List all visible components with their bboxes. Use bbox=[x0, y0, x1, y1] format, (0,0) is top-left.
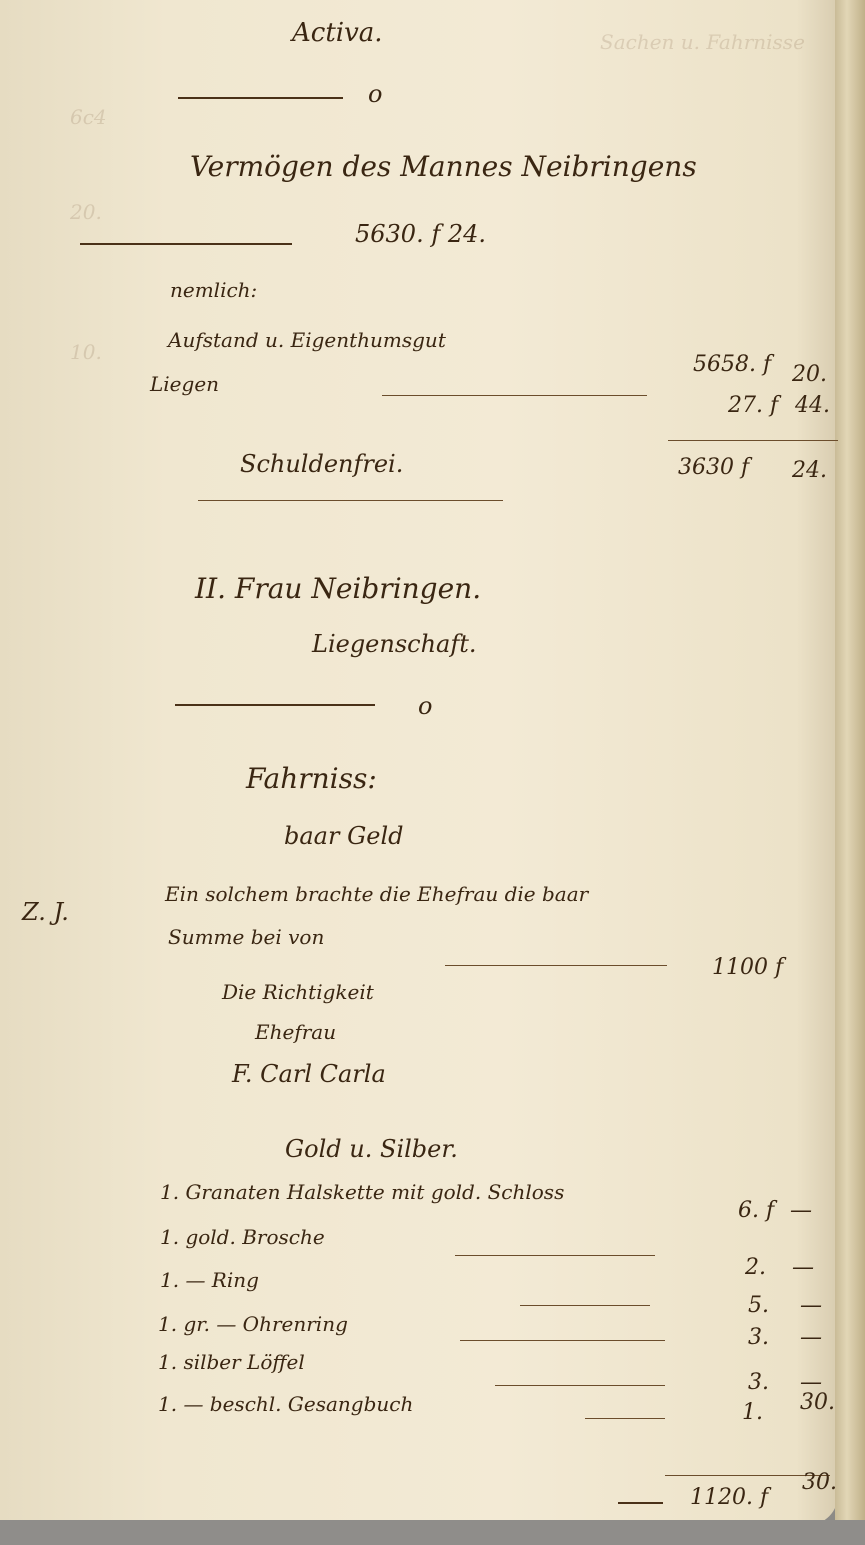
item-florin: 3. bbox=[748, 1370, 769, 1395]
entry-label: Liegen bbox=[150, 372, 219, 396]
leader-line bbox=[495, 1385, 665, 1386]
cash-text: Summe bei von bbox=[168, 925, 324, 949]
item-kreuzer: — bbox=[800, 1293, 822, 1318]
amount-kreuzer: 44. bbox=[795, 393, 830, 418]
category-heading: Fahrniss: bbox=[246, 762, 377, 795]
nil-marker: o bbox=[368, 80, 382, 108]
list-item: 1. Granaten Halskette mit gold. Schloss bbox=[160, 1180, 564, 1204]
item-kreuzer: 30. bbox=[800, 1390, 835, 1415]
debt-label: Schuldenfrei. bbox=[240, 450, 403, 478]
bleed-through: 6c4 bbox=[70, 105, 107, 129]
bleed-through: 10. bbox=[70, 340, 102, 364]
leader-line bbox=[585, 1418, 665, 1419]
list-item: 1. — beschl. Gesangbuch bbox=[158, 1392, 413, 1416]
item-kreuzer: — bbox=[800, 1325, 822, 1350]
grand-total-florin: 1120. f bbox=[690, 1485, 768, 1510]
list-item: 1. gr. — Ohrenring bbox=[158, 1312, 348, 1336]
divider bbox=[198, 500, 503, 501]
item-florin: 5. bbox=[748, 1293, 769, 1318]
section-heading: II. Frau Neibringen. bbox=[195, 572, 481, 605]
namely-label: nemlich: bbox=[170, 278, 257, 302]
nil-marker: o bbox=[418, 692, 432, 720]
item-kreuzer: — bbox=[790, 1198, 812, 1223]
item-florin: 6. f bbox=[738, 1198, 774, 1223]
sum-line bbox=[668, 440, 838, 441]
section-heading: Vermögen des Mannes Neibringens bbox=[190, 150, 697, 183]
amount-florin: 5658. f bbox=[693, 352, 771, 377]
page-edge bbox=[835, 0, 865, 1545]
cash-amount: 1100 f bbox=[712, 955, 783, 980]
list-item: 1. silber Löffel bbox=[158, 1350, 305, 1374]
leader-line bbox=[520, 1305, 650, 1306]
leader-line bbox=[382, 395, 647, 396]
list-item: 1. — Ring bbox=[160, 1268, 259, 1292]
leader-line bbox=[618, 1502, 663, 1504]
bleed-through: 20. bbox=[70, 200, 102, 224]
amount-kreuzer: 24. bbox=[792, 458, 827, 483]
entry-label: Aufstand u. Eigenthumsgut bbox=[168, 328, 446, 352]
amount-kreuzer: 20. bbox=[792, 362, 827, 387]
item-florin: 3. bbox=[748, 1325, 769, 1350]
divider bbox=[175, 704, 375, 706]
item-florin: 1. bbox=[742, 1400, 763, 1425]
leader-line bbox=[460, 1340, 665, 1341]
gold-heading: Gold u. Silber. bbox=[285, 1135, 458, 1163]
grand-total-kreuzer: 30. bbox=[802, 1470, 837, 1495]
divider bbox=[80, 243, 292, 245]
item-florin: 2. bbox=[745, 1255, 766, 1280]
attestation: Die Richtigkeit bbox=[222, 980, 374, 1004]
cash-heading: baar Geld bbox=[284, 822, 404, 850]
leader-line bbox=[455, 1255, 655, 1256]
table-surface bbox=[0, 1520, 865, 1545]
leader-line bbox=[445, 965, 667, 966]
signature: F. Carl Carla bbox=[232, 1060, 386, 1088]
subheading: Liegenschaft. bbox=[312, 630, 477, 658]
cash-text: Ein solchem brachte die Ehefrau die baar bbox=[165, 882, 588, 906]
amount-florin: 27. f bbox=[728, 393, 778, 418]
bleed-through: Sachen u. Fahrnisse bbox=[600, 30, 805, 54]
margin-note: Z. J. bbox=[22, 898, 69, 926]
section-total: 5630. f 24. bbox=[355, 220, 486, 248]
list-item: 1. gold. Brosche bbox=[160, 1225, 325, 1249]
item-kreuzer: — bbox=[792, 1255, 814, 1280]
page-title: Activa. bbox=[292, 18, 383, 48]
divider bbox=[178, 97, 343, 99]
attestation: Ehefrau bbox=[255, 1020, 336, 1044]
amount-florin: 3630 f bbox=[678, 455, 749, 480]
